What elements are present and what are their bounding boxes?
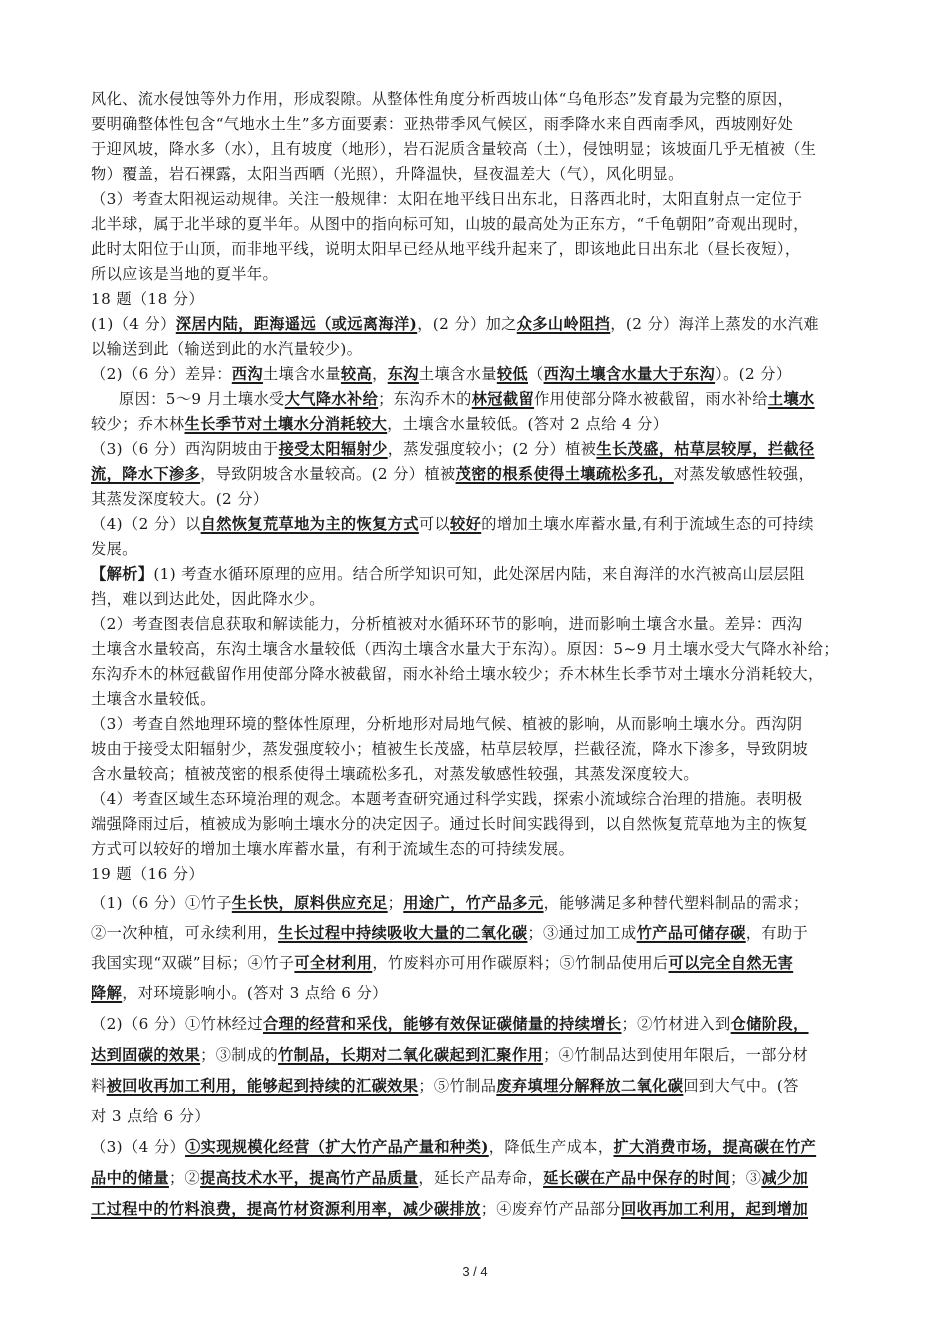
text-segment: ，能够满足多种替代塑料制品的需求； xyxy=(544,894,809,912)
key-answer-text: 流，降水下渗多 xyxy=(91,465,200,483)
key-answer-text: 较好 xyxy=(450,515,481,533)
text-line: （2）考查图表信息获取和解读能力，分析植被对水循环环节的影响，进而影响土壤含水量… xyxy=(91,613,803,635)
text-segment: 北半球，属于北半球的夏半年。从图中的指向标可知，山坡的最高处为正东方，“千龟朝阳… xyxy=(91,215,809,233)
key-answer-text: 东沟 xyxy=(388,365,419,383)
text-segment: ）。(2 分） xyxy=(715,365,791,383)
key-answer-text: 较低 xyxy=(497,365,528,383)
text-line: （4）考查区域生态环境治理的观念。本题考查研究通过科学实践，探索小流域综合治理的… xyxy=(91,788,803,810)
key-answer-text: 西沟土壤含水量大于东沟 xyxy=(544,365,715,383)
text-line: 风化、流水侵蚀等外力作用，形成裂隙。从整体性角度分析西坡山体“乌龟形态”发育最为… xyxy=(91,88,793,110)
text-line: （1)（6 分）①竹子生长快，原料供应充足；用途广，竹产品多元，能够满足多种替代… xyxy=(91,892,809,914)
key-answer-text: 接受太阳辐射少 xyxy=(279,440,388,458)
text-segment: ，土壤含水量较低。(答对 2 点给 4 分） xyxy=(387,415,668,433)
key-answer-text: 回收再加工利用，起到增加 xyxy=(621,1200,808,1218)
text-segment: （3）考查自然地理环境的整体性原理，分析地形对局地气候、植被的影响，从而影响土壤… xyxy=(91,715,803,733)
text-line: (1)（4 分）深居内陆，距海遥远（或远离海洋)，(2 分）加之众多山岭阻挡，(… xyxy=(91,313,819,335)
text-segment: 含水量较高；植被茂密的根系使得土壤疏松多孔，对蒸发敏感性较强，其蒸发深度较大。 xyxy=(91,765,699,783)
text-line: ②一次种植，可永续利用，生长过程中持续吸收大量的二氧化碳；③通过加工成竹产品可储… xyxy=(91,922,808,944)
text-line: 【解析】(1) 考查水循环原理的应用。结合所学知识可知，此处深居内陆，来自海洋的… xyxy=(91,563,805,585)
text-line: 方式可以较好的增加土壤水库蓄水量，有利于流域生态的可持续发展。 xyxy=(91,838,574,860)
text-segment: 对蒸发敏感性较强， xyxy=(674,465,814,483)
text-segment: ，竹废料亦可用作碳原料；⑤竹制品使用后 xyxy=(372,954,668,972)
text-segment: ②一次种植，可永续利用， xyxy=(91,924,278,942)
text-segment: （4)（2 分）以 xyxy=(91,515,201,533)
text-line: 流，降水下渗多，导致阴坡含水量较高。(2 分）植被茂密的根系使得土壤疏松多孔，对… xyxy=(91,463,814,485)
key-answer-text: 生长季节对土壤水分消耗较大 xyxy=(185,415,388,433)
text-segment: ，降低生产成本， xyxy=(489,1138,614,1156)
text-segment: 回到大气中。(答 xyxy=(683,1077,798,1095)
text-line: 达到固碳的效果；③制成的竹制品，长期对二氧化碳起到汇聚作用；④竹制品达到使用年限… xyxy=(91,1044,808,1066)
text-segment: 风化、流水侵蚀等外力作用，形成裂隙。从整体性角度分析西坡山体“乌龟形态”发育最为… xyxy=(91,90,793,108)
text-segment: 原因：5～9 月土壤水受 xyxy=(119,390,285,408)
text-line: 18 题（18 分） xyxy=(91,288,204,310)
text-line: 端强降雨过后，植被成为影响土壤水分的决定因子。通过长时间实践得到，以自然恢复荒草… xyxy=(91,813,808,835)
text-segment: 东沟乔木的林冠截留作用使部分降水被截留，雨水补给土壤水较少；乔木林生长季节对土壤… xyxy=(91,665,824,683)
key-answer-text: 可以完全自然无害 xyxy=(669,954,794,972)
key-answer-text: 林冠截留 xyxy=(472,390,534,408)
text-line: （3)（4 分）①实现规模化经营（扩大竹产品产量和种类)，降低生产成本，扩大消费… xyxy=(91,1136,816,1158)
text-segment: 发展。 xyxy=(91,540,138,558)
text-segment: (1) 考查水循环原理的应用。结合所学知识可知，此处深居内陆，来自海洋的水汽被高… xyxy=(153,565,804,583)
key-answer-text: 众多山岭阻挡 xyxy=(517,315,611,333)
text-segment: 挡，难以到达此处，因此降水少。 xyxy=(91,590,325,608)
text-segment: ，导致阴坡含水量较高。(2 分）植被 xyxy=(200,465,455,483)
text-segment: 以输送到此（输送到此的水汽量较少)。 xyxy=(91,340,362,358)
key-answer-text: 扩大消费市场，提高碳在竹产 xyxy=(613,1138,816,1156)
text-segment: 土壤含水量 xyxy=(419,365,497,383)
text-segment: 的增加土壤水库蓄水量,有利于流域生态的可持续 xyxy=(481,515,814,533)
text-segment: 端强降雨过后，植被成为影响土壤水分的决定因子。通过长时间实践得到，以自然恢复荒草… xyxy=(91,815,808,833)
text-line: 含水量较高；植被茂密的根系使得土壤疏松多孔，对蒸发敏感性较强，其蒸发深度较大。 xyxy=(91,763,699,785)
text-segment: 所以应该是当地的夏半年。 xyxy=(91,265,278,283)
text-line: 降解，对环境影响小。(答对 3 点给 6 分） xyxy=(91,982,388,1004)
key-answer-text: 大气降水补给 xyxy=(285,390,379,408)
text-segment: ，(2 分）加之 xyxy=(417,315,517,333)
key-answer-text: 达到固碳的效果 xyxy=(91,1046,200,1064)
text-segment: 其蒸发深度较大。(2 分） xyxy=(91,490,269,508)
key-answer-text: 西沟 xyxy=(232,365,263,383)
text-segment: ； xyxy=(388,894,404,912)
key-answer-text: 竹产品可储存碳 xyxy=(637,924,746,942)
text-segment: 18 题（18 分） xyxy=(91,290,204,308)
text-segment: （1)（6 分）①竹子 xyxy=(91,894,232,912)
text-line: （3)（6 分）西沟阴坡由于接受太阳辐射少，蒸发强度较小；(2 分）植被生长茂盛… xyxy=(91,438,815,460)
text-segment: 方式可以较好的增加土壤水库蓄水量，有利于流域生态的可持续发展。 xyxy=(91,840,574,858)
key-answer-text: 竹制品，长期对二氧化碳起到汇聚作用 xyxy=(278,1046,543,1064)
text-line: 其蒸发深度较大。(2 分） xyxy=(91,488,269,510)
key-answer-text: 土壤水 xyxy=(768,390,815,408)
text-segment: 19 题（16 分） xyxy=(91,865,204,883)
text-segment: (1)（4 分） xyxy=(91,315,176,333)
text-line: 料被回收再加工利用，能够起到持续的汇碳效果；⑤竹制品废弃填埋分解释放二氧化碳回到… xyxy=(91,1075,799,1097)
text-segment: 较少；乔木林 xyxy=(91,415,185,433)
text-line: 北半球，属于北半球的夏半年。从图中的指向标可知，山坡的最高处为正东方，“千龟朝阳… xyxy=(91,213,809,235)
key-answer-text: 合理的经营和采伐，能够有效保证碳储量的持续增长 xyxy=(263,1015,622,1033)
text-line: 坡由于接受太阳辐射少，蒸发强度较小；植被生长茂盛，枯草层较厚，拦截径流，降水下渗… xyxy=(91,738,808,760)
key-answer-text: 生长茂盛，枯草层较厚，拦截径 xyxy=(596,440,814,458)
text-segment: ， xyxy=(372,365,388,383)
text-segment: ；③制成的 xyxy=(200,1046,278,1064)
key-answer-text: 深居内陆，距海遥远（或远离海洋) xyxy=(176,315,417,333)
text-line: 对 3 点给 6 分） xyxy=(91,1105,210,1127)
text-segment: 我国实现“双碳”目标；④竹子 xyxy=(91,954,294,972)
text-line: 土壤含水量较低。 xyxy=(91,688,216,710)
key-answer-text: 工过程中的竹料浪费，提高竹材资源利用率，减少碳排放 xyxy=(91,1200,481,1218)
text-segment: （ xyxy=(528,365,544,383)
text-line: 土壤含水量较高，东沟土壤含水量较低（西沟土壤含水量大于东沟）。原因：5~9 月土… xyxy=(91,638,839,660)
text-segment: 对 3 点给 6 分） xyxy=(91,1107,210,1125)
text-line: （2)（6 分）差异：西沟土壤含水量较高，东沟土壤含水量较低（西沟土壤含水量大于… xyxy=(91,363,791,385)
text-line: 较少；乔木林生长季节对土壤水分消耗较大，土壤含水量较低。(答对 2 点给 4 分… xyxy=(91,413,668,435)
text-segment: 要明确整体性包含“气地水土生”多方面要素：亚热带季风气候区，雨季降水来自西南季风… xyxy=(91,115,793,133)
text-line: （2)（6 分）①竹林经过合理的经营和采伐，能够有效保证碳储量的持续增长；②竹材… xyxy=(91,1013,809,1035)
text-line: 于迎风坡，降水多（水），且有坡度（地形），岩石泥质含量较高（土），侵蚀明显；该坡… xyxy=(91,138,816,160)
text-segment: ；②竹材进入到 xyxy=(621,1015,730,1033)
text-segment: （3)（6 分）西沟阴坡由于 xyxy=(91,440,279,458)
text-line: 东沟乔木的林冠截留作用使部分降水被截留，雨水补给土壤水较少；乔木林生长季节对土壤… xyxy=(91,663,824,685)
text-segment: ；⑤竹制品 xyxy=(418,1077,496,1095)
text-segment: 土壤含水量 xyxy=(263,365,341,383)
text-line: 物）覆盖，岩石裸露，太阳当西晒（光照），升降温快，昼夜温差大（气），风化明显。 xyxy=(91,163,684,185)
text-segment: 可以 xyxy=(419,515,450,533)
text-segment: 土壤含水量较高，东沟土壤含水量较低（西沟土壤含水量大于东沟）。原因：5~9 月土… xyxy=(91,640,839,658)
text-line: 要明确整体性包含“气地水土生”多方面要素：亚热带季风气候区，雨季降水来自西南季风… xyxy=(91,113,793,135)
text-segment: 料 xyxy=(91,1077,107,1095)
text-segment: 坡由于接受太阳辐射少，蒸发强度较小；植被生长茂盛，枯草层较厚，拦截径流，降水下渗… xyxy=(91,740,808,758)
text-segment: ；③ xyxy=(730,1169,761,1187)
key-answer-text: ①实现规模化经营（扩大竹产品产量和种类) xyxy=(185,1138,489,1156)
key-answer-text: 仓储阶段， xyxy=(731,1015,809,1033)
key-answer-text: 生长过程中持续吸收大量的二氧化碳 xyxy=(278,924,527,942)
text-line: 我国实现“双碳”目标；④竹子可全材利用，竹废料亦可用作碳原料；⑤竹制品使用后可以… xyxy=(91,952,793,974)
text-line: 品中的储量；②提高技术水平，提高竹产品质量，延长产品寿命，延长碳在产品中保存的时… xyxy=(91,1167,808,1189)
key-answer-text: 品中的储量 xyxy=(91,1169,169,1187)
key-answer-text: 提高技术水平，提高竹产品质量 xyxy=(200,1169,418,1187)
text-segment: （2)（6 分）①竹林经过 xyxy=(91,1015,263,1033)
text-segment: （2）考查图表信息获取和解读能力，分析植被对水循环环节的影响，进而影响土壤含水量… xyxy=(91,615,803,633)
text-line: 此时太阳位于山顶，而非地平线，说明太阳早已经从地平线升起来了，即该地此日出东北（… xyxy=(91,238,800,260)
key-answer-text: 自然恢复荒草地为主的恢复方式 xyxy=(201,515,419,533)
text-segment: （4）考查区域生态环境治理的观念。本题考查研究通过科学实践，探索小流域综合治理的… xyxy=(91,790,803,808)
text-segment: ；④废弃竹产品部分 xyxy=(481,1200,621,1218)
text-segment: ，对环境影响小。(答对 3 点给 6 分） xyxy=(122,984,388,1002)
text-line: （4)（2 分）以自然恢复荒草地为主的恢复方式可以较好的增加土壤水库蓄水量,有利… xyxy=(91,513,814,535)
text-line: 以输送到此（输送到此的水汽量较少)。 xyxy=(91,338,362,360)
text-segment: 土壤含水量较低。 xyxy=(91,690,216,708)
text-line: 挡，难以到达此处，因此降水少。 xyxy=(91,588,325,610)
text-segment: ；④竹制品达到使用年限后，一部分材 xyxy=(543,1046,808,1064)
text-segment: （2)（6 分）差异： xyxy=(91,365,232,383)
text-segment: 于迎风坡，降水多（水），且有坡度（地形），岩石泥质含量较高（土），侵蚀明显；该坡… xyxy=(91,140,816,158)
text-segment: ，蒸发强度较小；(2 分）植被 xyxy=(388,440,597,458)
text-segment: （3）考查太阳视运动规律。关注一般规律：太阳在地平线日出东北，日落西北时，太阳直… xyxy=(91,190,803,208)
text-segment: ，(2 分）海洋上蒸发的水汽难 xyxy=(610,315,819,333)
key-answer-text: 可全材利用 xyxy=(294,954,372,972)
text-line: （3）考查太阳视运动规律。关注一般规律：太阳在地平线日出东北，日落西北时，太阳直… xyxy=(91,188,803,210)
key-answer-text: 降解 xyxy=(91,984,122,1002)
text-line: （3）考查自然地理环境的整体性原理，分析地形对局地气候、植被的影响，从而影响土壤… xyxy=(91,713,803,735)
text-line: 所以应该是当地的夏半年。 xyxy=(91,263,278,285)
key-answer-text: 延长碳在产品中保存的时间 xyxy=(543,1169,730,1187)
text-line: 原因：5～9 月土壤水受大气降水补给；东沟乔木的林冠截留作用使部分降水被截留，雨… xyxy=(119,388,815,410)
text-segment: ；③通过加工成 xyxy=(527,924,636,942)
text-segment: ，延长产品寿命， xyxy=(418,1169,543,1187)
text-segment: 物）覆盖，岩石裸露，太阳当西晒（光照），升降温快，昼夜温差大（气），风化明显。 xyxy=(91,165,684,183)
key-answer-text: 被回收再加工利用，能够起到持续的汇碳效果 xyxy=(107,1077,419,1095)
text-line: 发展。 xyxy=(91,538,138,560)
page-number: 3 / 4 xyxy=(0,1264,950,1279)
text-segment: （3)（4 分） xyxy=(91,1138,185,1156)
text-line: 工过程中的竹料浪费，提高竹材资源利用率，减少碳排放；④废弃竹产品部分回收再加工利… xyxy=(91,1198,808,1220)
key-answer-text: 茂密的根系使得土壤疏松多孔， xyxy=(456,465,674,483)
text-segment: 此时太阳位于山顶，而非地平线，说明太阳早已经从地平线升起来了，即该地此日出东北（… xyxy=(91,240,800,258)
key-answer-text: 废弃填埋分解释放二氧化碳 xyxy=(496,1077,683,1095)
text-segment: 作用使部分降水被截留，雨水补给 xyxy=(534,390,768,408)
key-answer-text: 减少加 xyxy=(761,1169,808,1187)
key-answer-text: 用途广，竹产品多元 xyxy=(403,894,543,912)
key-answer-text: 较高 xyxy=(341,365,372,383)
text-segment: 【解析】 xyxy=(91,565,153,583)
key-answer-text: 生长快，原料供应充足 xyxy=(232,894,388,912)
text-line: 19 题（16 分） xyxy=(91,863,204,885)
text-segment: ；东沟乔木的 xyxy=(378,390,472,408)
text-segment: ，有助于 xyxy=(746,924,808,942)
text-segment: ；② xyxy=(169,1169,200,1187)
